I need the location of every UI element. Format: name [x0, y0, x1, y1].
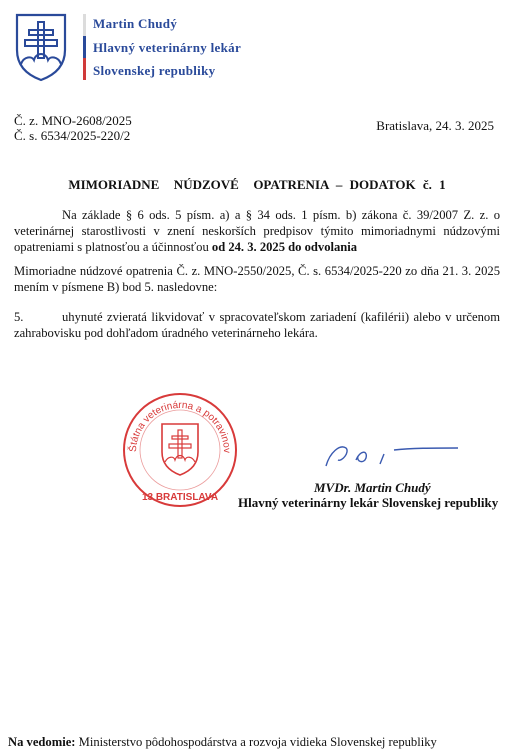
- signatory-name: MVDr. Martin Chudý: [314, 480, 431, 496]
- tricolor-bar: [83, 14, 86, 80]
- letterhead-title-2: Slovenskej republiky: [93, 63, 215, 79]
- validity-period: od 24. 3. 2025 do odvolania: [212, 240, 357, 254]
- reference-cs: Č. s. 6534/2025-220/2: [14, 128, 130, 144]
- amended-point: 5.uhynuté zvieratá likvidovať v spracova…: [14, 309, 500, 341]
- cc-text: Ministerstvo pôdohospodárstva a rozvoja …: [76, 735, 437, 749]
- document-title: MIMORIADNE NÚDZOVÉ OPATRENIA – DODATOK č…: [0, 177, 514, 193]
- official-stamp: Štátna veterinárna a potravinová správa …: [120, 390, 240, 510]
- stamp-emblem-icon: [162, 424, 198, 475]
- cc-label: Na vedomie:: [8, 735, 76, 749]
- svg-text:13 BRATISLAVA: 13 BRATISLAVA: [142, 492, 218, 503]
- slovak-coat-of-arms-icon: [14, 12, 68, 82]
- paragraph-amendment: Mimoriadne núdzové opatrenia Č. z. MNO-2…: [14, 263, 500, 295]
- reference-cz: Č. z. MNO-2608/2025: [14, 113, 132, 129]
- letterhead-name: Martin Chudý: [93, 16, 177, 32]
- signatory-title: Hlavný veterinárny lekár Slovenskej repu…: [238, 495, 498, 511]
- paragraph-legal-basis: Na základe § 6 ods. 5 písm. a) a § 34 od…: [14, 207, 500, 255]
- document-date: Bratislava, 24. 3. 2025: [376, 118, 494, 134]
- handwritten-signature: [320, 440, 460, 470]
- letterhead-title-1: Hlavný veterinárny lekár: [93, 40, 241, 56]
- cc-recipient: Na vedomie: Ministerstvo pôdohospodárstv…: [8, 735, 437, 750]
- point-text: uhynuté zvieratá likvidovať v spracovate…: [14, 310, 500, 340]
- point-number: 5.: [14, 309, 62, 325]
